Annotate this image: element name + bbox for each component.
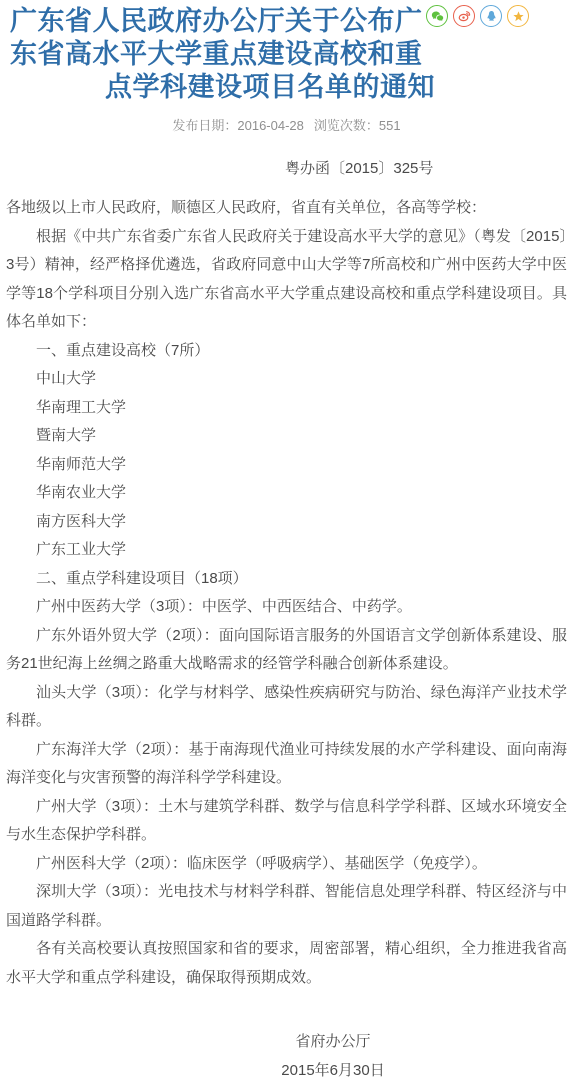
- favorite-star-icon[interactable]: [507, 5, 529, 27]
- body-paragraph: 广东外语外贸大学（2项）：面向国际语言服务的外国语言文学创新体系建设、服务21世…: [6, 622, 567, 679]
- title-line-1: 广东省人民政府办公厅关于公布广: [10, 5, 430, 38]
- share-toolbar: [426, 5, 529, 27]
- body-paragraph: 二、重点学科建设项目（18项）: [6, 565, 567, 594]
- article-meta: 发布日期：2016-04-28浏览次数：551: [0, 117, 573, 135]
- views-label: 浏览次数：: [314, 118, 379, 133]
- views-value: 551: [379, 118, 401, 133]
- title-line-2: 东省高水平大学重点建设高校和重: [10, 38, 430, 71]
- body-paragraph: 各有关高校要认真按照国家和省的要求，周密部署，精心组织，全力推进我省高水平大学和…: [6, 935, 567, 992]
- page-title: 广东省人民政府办公厅关于公布广 东省高水平大学重点建设高校和重 点学科建设项目名…: [0, 5, 430, 104]
- qq-share-icon[interactable]: [480, 5, 502, 27]
- body-paragraph: 深圳大学（3项）：光电技术与材料学科群、智能信息处理学科群、特区经济与中国道路学…: [6, 878, 567, 935]
- body-paragraph: 广州医科大学（2项）：临床医学（呼吸病学）、基础医学（免疫学）。: [6, 850, 567, 879]
- notice-page: 广东省人民政府办公厅关于公布广 东省高水平大学重点建设高校和重 点学科建设项目名…: [0, 0, 573, 1085]
- body-paragraph: 华南农业大学: [6, 479, 567, 508]
- publish-date-value: 2016-04-28: [237, 118, 304, 133]
- title-line-3: 点学科建设项目名单的通知: [105, 71, 430, 104]
- weibo-share-icon[interactable]: [453, 5, 475, 27]
- publish-date-label: 发布日期：: [172, 118, 237, 133]
- document-number: 粤办函〔2015〕325号: [285, 159, 573, 179]
- body-paragraph: 各地级以上市人民政府，顺德区人民政府，省直有关单位，各高等学校：: [6, 194, 567, 223]
- body-paragraph: 根据《中共广东省委广东省人民政府关于建设高水平大学的意见》（粤发〔2015〕3号…: [6, 223, 567, 337]
- signature-author: 省府办公厅: [93, 1028, 573, 1057]
- signature-block: 省府办公厅 2015年6月30日: [0, 1028, 573, 1085]
- body-paragraph: 广州中医药大学（3项）：中医学、中西医结合、中药学。: [6, 593, 567, 622]
- signature-date: 2015年6月30日: [93, 1057, 573, 1085]
- qq-glyph: [484, 9, 499, 24]
- body-paragraph: 南方医科大学: [6, 508, 567, 537]
- body-paragraph: 华南师范大学: [6, 451, 567, 480]
- body-paragraph: 一、重点建设高校（7所）: [6, 337, 567, 366]
- body-paragraph: 广东海洋大学（2项）：基于南海现代渔业可持续发展的水产学科建设、面向南海海洋变化…: [6, 736, 567, 793]
- body-paragraph: 暨南大学: [6, 422, 567, 451]
- wechat-glyph: [430, 9, 445, 24]
- weibo-glyph: [457, 9, 472, 24]
- body-paragraph: 中山大学: [6, 365, 567, 394]
- body-paragraph: 华南理工大学: [6, 394, 567, 423]
- body-paragraph: 广东工业大学: [6, 536, 567, 565]
- body-paragraph: 广州大学（3项）：土木与建筑学科群、数学与信息科学学科群、区域水环境安全与水生态…: [6, 793, 567, 850]
- wechat-share-icon[interactable]: [426, 5, 448, 27]
- article-body: 各地级以上市人民政府，顺德区人民政府，省直有关单位，各高等学校：根据《中共广东省…: [0, 194, 573, 992]
- body-paragraph: 汕头大学（3项）：化学与材料学、感染性疾病研究与防治、绿色海洋产业技术学科群。: [6, 679, 567, 736]
- article-header: 广东省人民政府办公厅关于公布广 东省高水平大学重点建设高校和重 点学科建设项目名…: [0, 0, 573, 104]
- star-glyph: [511, 9, 526, 24]
